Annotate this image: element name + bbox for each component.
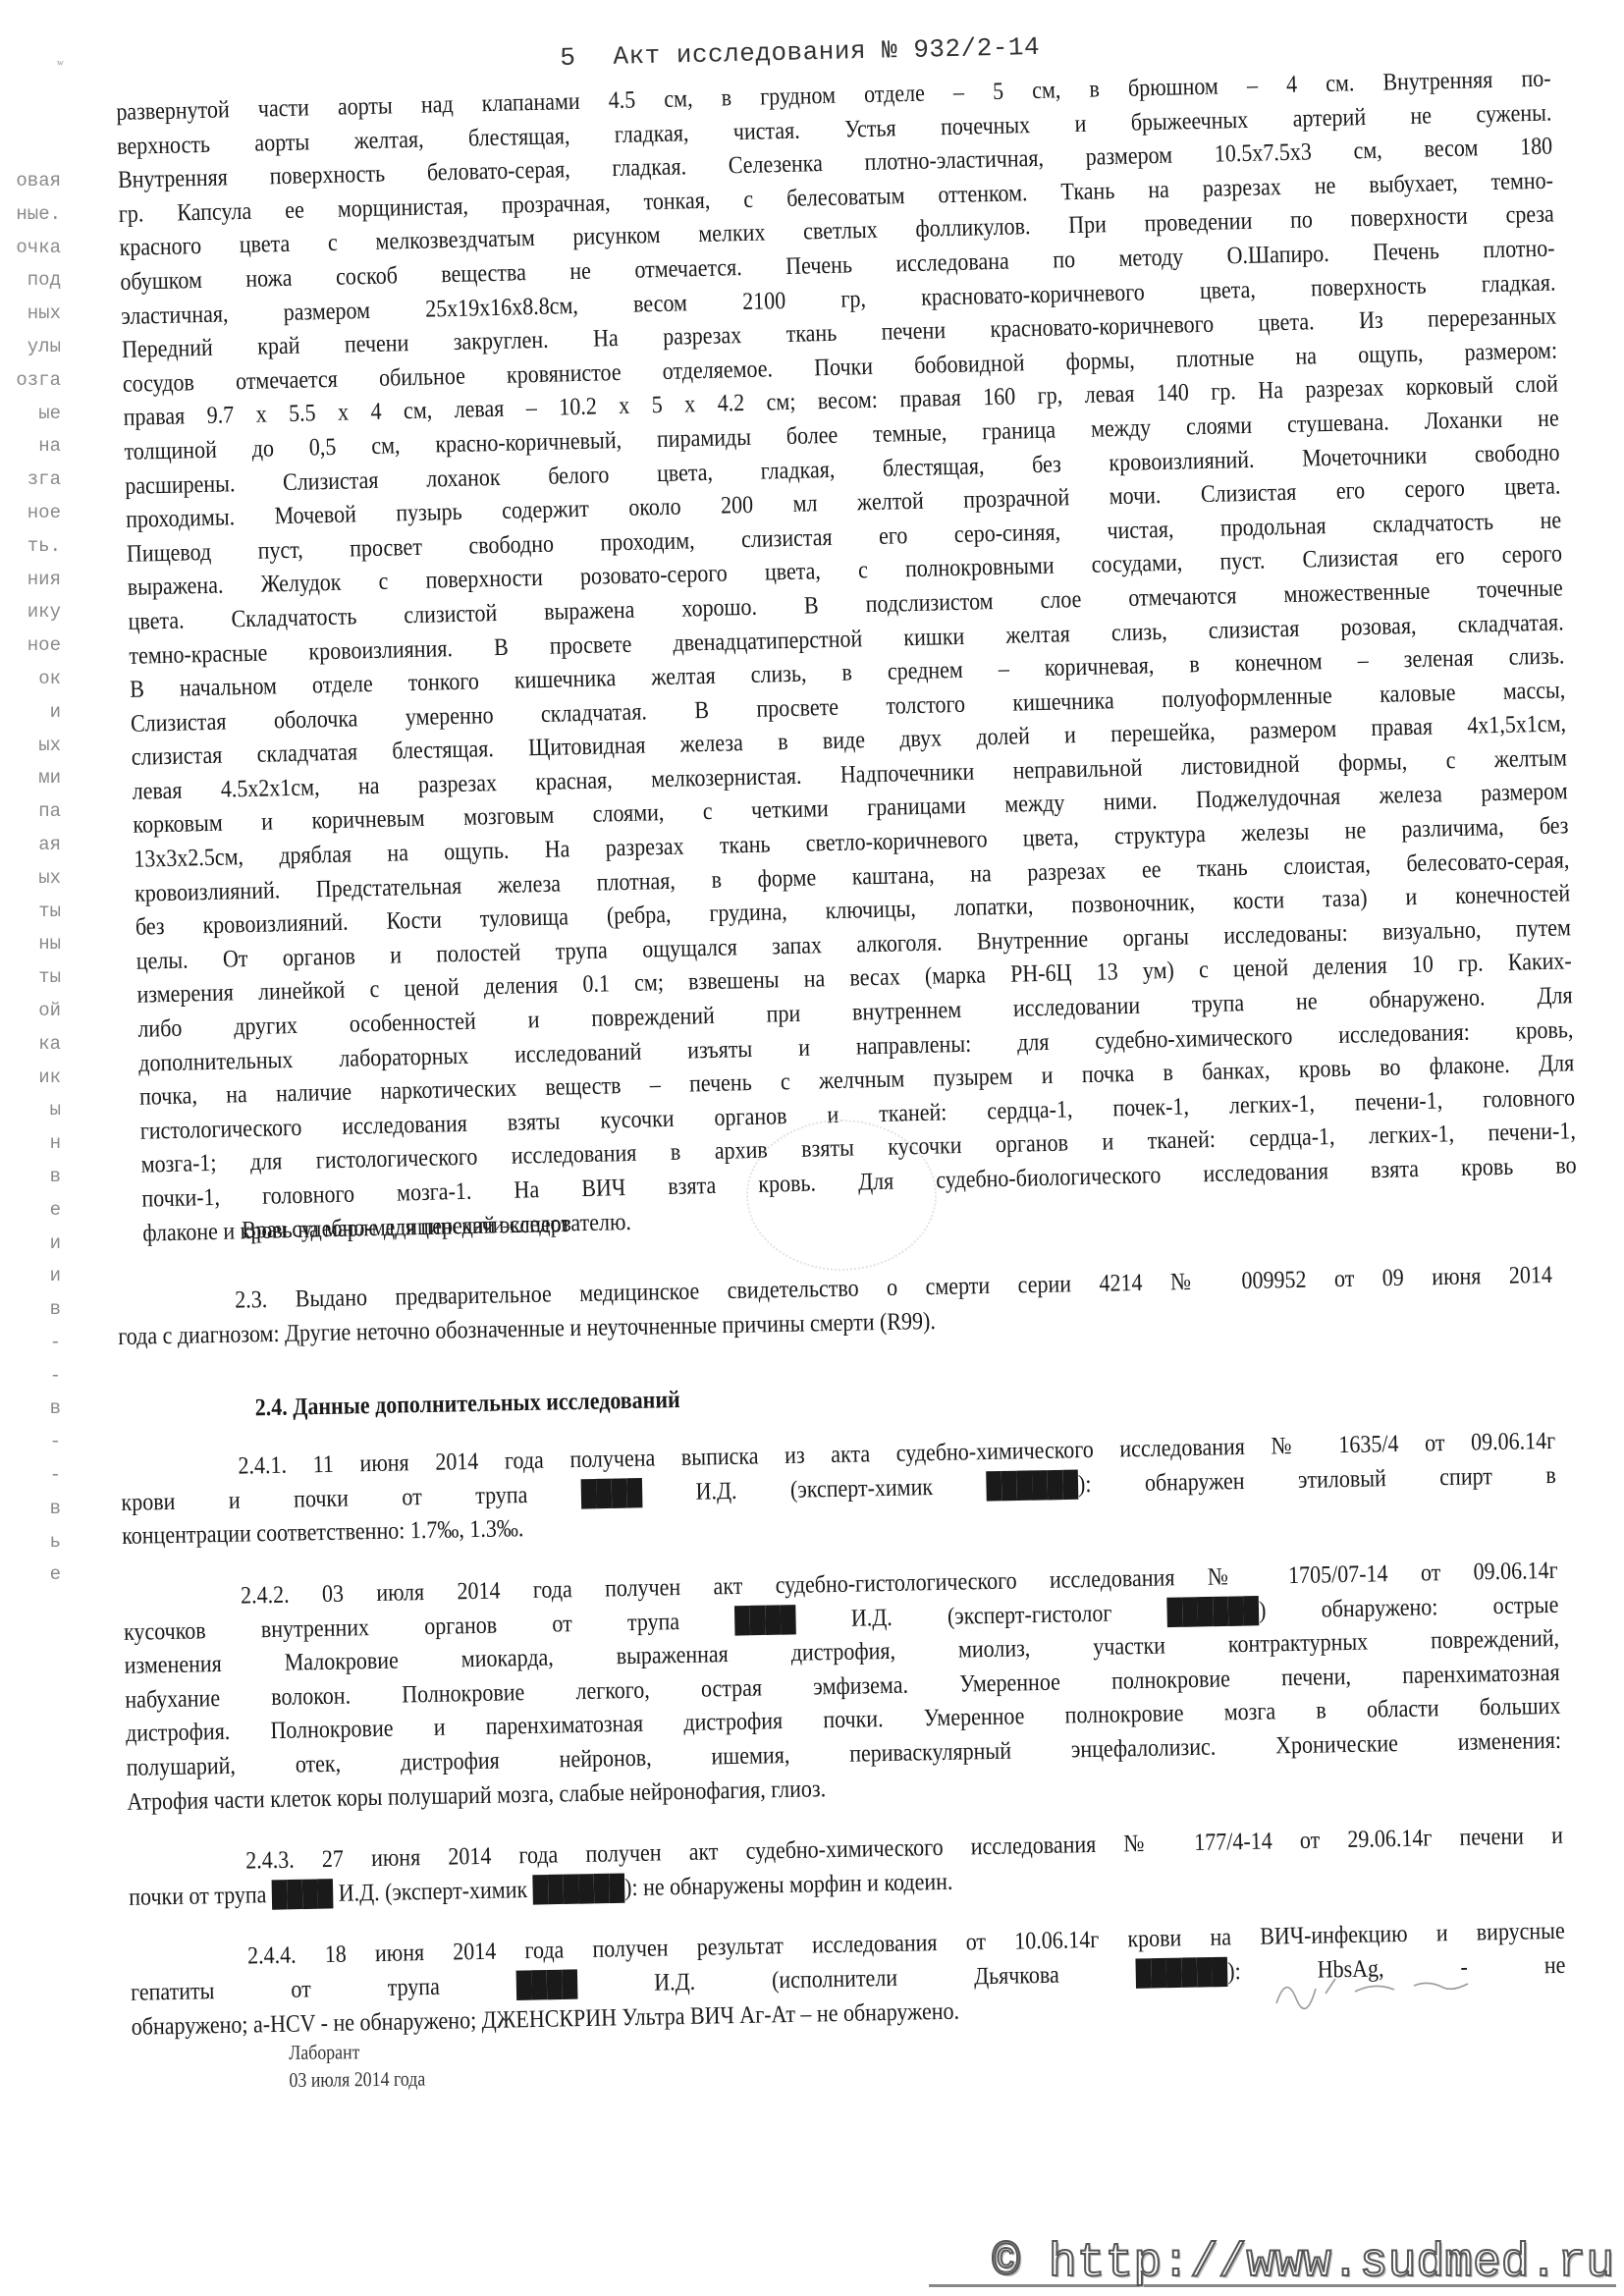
margin-fragment: зга — [0, 464, 61, 497]
margin-fragment: под — [0, 264, 61, 298]
margin-fragment: ное — [0, 497, 61, 530]
margin-fragment: ное — [0, 629, 61, 663]
margin-fragment: е — [0, 1558, 61, 1592]
margin-fragment: е — [0, 1194, 61, 1228]
section-2-4-items: 2.4.1. 11 июня 2014 года получена выписк… — [120, 1397, 1567, 2045]
margin-fragment: - — [0, 1459, 61, 1493]
margin-fragment: ых — [0, 730, 61, 763]
margin-fragment: ны — [0, 928, 61, 961]
margin-fragment: в — [0, 1293, 61, 1327]
margin-fragment: ка — [0, 1028, 61, 1062]
margin-fragment: ные. — [0, 198, 61, 232]
margin-fragment: ой — [0, 995, 61, 1028]
page-number: 5 — [560, 43, 576, 73]
scan-speck: ʷ — [57, 57, 64, 75]
margin-fragment: овая — [0, 165, 61, 198]
margin-fragment: в — [0, 1161, 61, 1194]
autopsy-body-text: развернутой части аорты над клапанами 4.… — [116, 63, 1578, 1251]
margin-fragment: ты — [0, 961, 61, 995]
margin-fragment: ть. — [0, 530, 61, 564]
lab-assistant-label: Лаборант — [289, 2038, 425, 2066]
margin-fragment: ые — [0, 398, 61, 431]
margin-fragment: ты — [0, 896, 61, 929]
margin-fragment: и — [0, 1228, 61, 1261]
margin-fragment: в — [0, 1493, 61, 1526]
document-page: ʷ оваяные.очкаподныхулыозгаыеназганоеть.… — [0, 0, 1624, 2296]
section-2-3: 2.3. Выдано предварительное медицинское … — [117, 1259, 1553, 1354]
watermark-link[interactable]: © http://www.sudmed.ru — [992, 2237, 1614, 2290]
margin-fragment: очка — [0, 232, 61, 265]
footer-signoff: Лаборант 03 июля 2014 года — [289, 2038, 425, 2094]
margin-fragment: па — [0, 795, 61, 829]
margin-fragment: в — [0, 1393, 61, 1426]
left-margin-bleed-text: оваяные.очкаподныхулыозгаыеназганоеть.ни… — [0, 165, 61, 1592]
margin-fragment: ы — [0, 1094, 61, 1127]
margin-fragment: ь — [0, 1526, 61, 1559]
margin-fragment: ику — [0, 596, 61, 629]
margin-fragment: и — [0, 696, 61, 730]
margin-fragment: ных — [0, 298, 61, 331]
margin-fragment: ми — [0, 762, 61, 795]
conclusions-block: Врач судебно-медицинский эксперт 2.3. Вы… — [116, 1192, 1567, 2045]
margin-fragment: ых — [0, 862, 61, 896]
margin-fragment: на — [0, 430, 61, 464]
margin-fragment: - — [0, 1426, 61, 1459]
margin-fragment: ния — [0, 564, 61, 597]
page-header: 5Акт исследования № 932/2-14 — [560, 32, 1040, 73]
signoff-date: 03 июля 2014 года — [289, 2065, 425, 2094]
document-title: Акт исследования № 932/2-14 — [613, 32, 1040, 72]
handwritten-signature — [1267, 1964, 1522, 2013]
margin-fragment: н — [0, 1127, 61, 1161]
margin-fragment: озга — [0, 364, 61, 398]
margin-fragment: улы — [0, 331, 61, 364]
margin-fragment: ая — [0, 829, 61, 862]
margin-fragment: ок — [0, 663, 61, 696]
margin-fragment: и — [0, 1260, 61, 1293]
margin-fragment: - — [0, 1360, 61, 1394]
margin-fragment: - — [0, 1327, 61, 1360]
subsection-2-4-2: 2.4.2. 03 июля 2014 года получен акт суд… — [123, 1555, 1562, 1820]
margin-fragment: ик — [0, 1062, 61, 1095]
